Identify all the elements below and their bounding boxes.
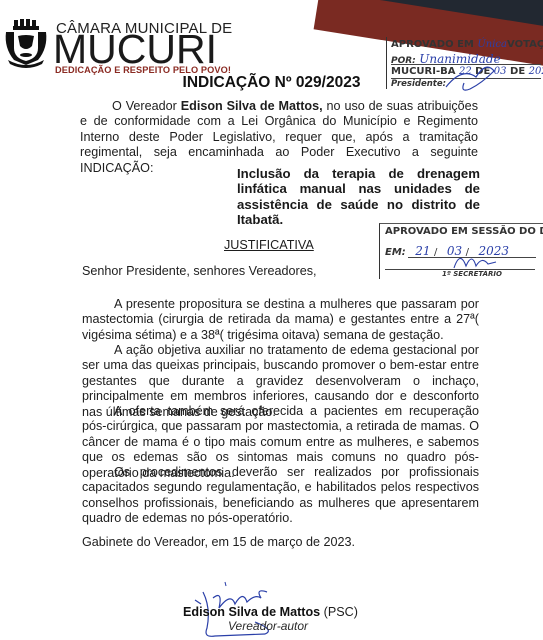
stamp-label-approved: APROVADO EM bbox=[391, 39, 474, 50]
document-title: INDICAÇÃO Nº 029/2023 bbox=[0, 74, 543, 92]
stamp-session-day: 21 bbox=[415, 244, 430, 258]
stamp-session-label-em: EM: bbox=[385, 247, 406, 258]
signer-role: Vereador-autor bbox=[228, 619, 308, 633]
stamp-session-label-approved: APROVADO EM SESSÃO DO DIA bbox=[385, 226, 543, 237]
intro-prefix: O Vereador bbox=[112, 99, 181, 113]
place-and-date: Gabinete do Vereador, em 15 de março de … bbox=[82, 535, 355, 549]
signer-party: (PSC) bbox=[320, 605, 358, 619]
body-paragraph: A presente propositura se destina a mulh… bbox=[82, 297, 479, 343]
intro-paragraph: O Vereador Edison Silva de Mattos, no us… bbox=[80, 99, 478, 176]
greeting: Senhor Presidente, senhores Vereadores, bbox=[82, 264, 317, 278]
signer-line: Edison Silva de Mattos (PSC) bbox=[183, 605, 358, 619]
org-name-line2: MUCURI bbox=[53, 29, 217, 70]
secretary-signature-icon bbox=[450, 246, 510, 272]
indication-subject: Inclusão da terapia de drenagem linfátic… bbox=[237, 166, 480, 228]
approval-session-stamp: APROVADO EM SESSÃO DO DIA EM: 21 / 03 / … bbox=[379, 223, 543, 279]
body-paragraph: Os procedimentos deverão ser realizados … bbox=[82, 465, 479, 527]
signer-name: Edison Silva de Mattos bbox=[183, 605, 320, 619]
stamp-handwritten-approved: Única bbox=[477, 39, 507, 50]
intro-author-name: Edison Silva de Mattos, bbox=[181, 99, 323, 113]
stamp-label-approved-suffix: VOTAÇÃO bbox=[507, 39, 543, 50]
justification-heading: JUSTIFICATIVA bbox=[224, 238, 314, 252]
municipal-coat-of-arms-icon bbox=[2, 18, 50, 68]
